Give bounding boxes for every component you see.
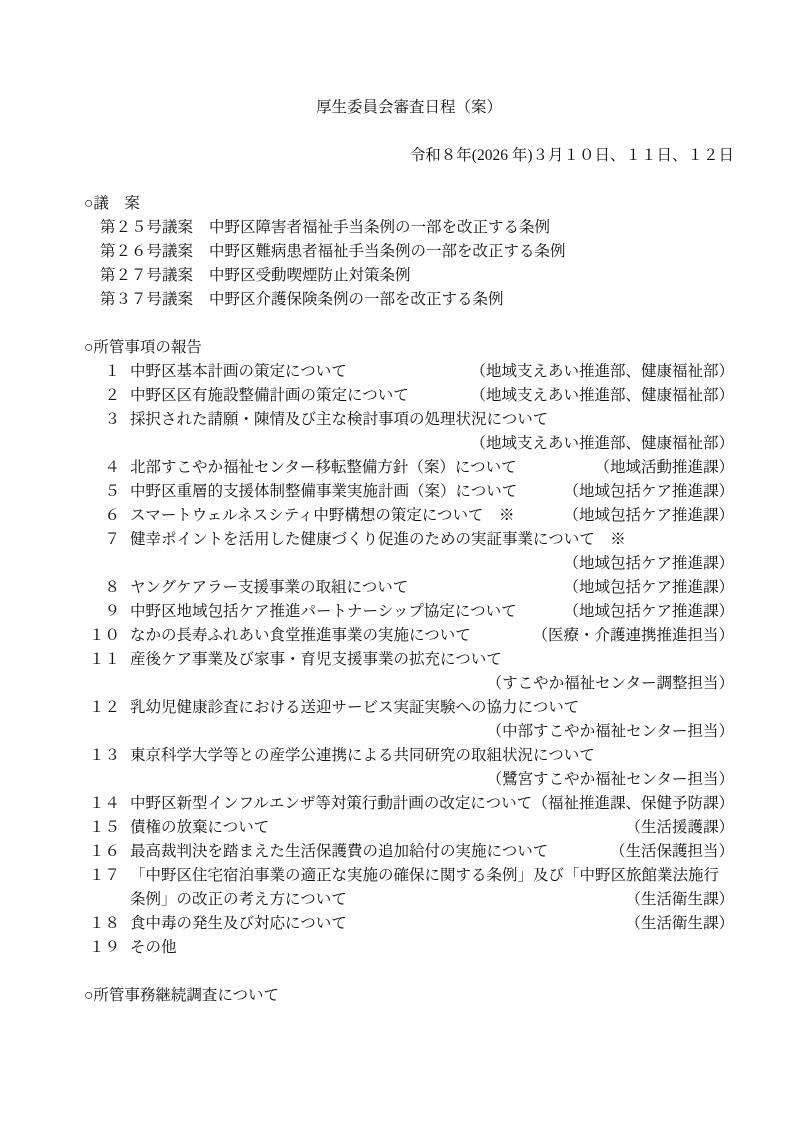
report-item-title: スマートウェルネスシティ中野構想の策定について ※ [130, 504, 515, 528]
bills-list: 第２５号議案中野区障害者福祉手当条例の一部を改正する条例第２６号議案中野区難病患… [84, 216, 734, 312]
report-item-number: ６ [84, 504, 120, 528]
report-department-line: （鷺宮すこやか福祉センター担当） [84, 768, 734, 792]
report-item-title: 中野区区有施設整備計画の策定について [130, 384, 409, 408]
report-item-number: １３ [84, 744, 120, 768]
bill-number: 第２７号議案 [100, 264, 193, 288]
bill-number: 第３７号議案 [100, 288, 193, 312]
report-item-title: 北部すこやか福祉センター移転整備方針（案）について [130, 456, 517, 480]
committee-agenda-document: 厚生委員会審査日程（案） 令和８年(2026 年)３月１０日、１１日、１２日 ○… [0, 0, 794, 1123]
report-item-title: ヤングケアラー支援事業の取組について [130, 576, 408, 600]
report-item-number: １１ [84, 648, 120, 672]
report-item-title: 中野区基本計画の策定について [130, 360, 347, 384]
report-item-department: （生活衛生課） [625, 888, 734, 912]
report-item: １９その他 [84, 936, 734, 960]
report-item: １５債権の放棄について（生活援護課） [84, 816, 734, 840]
report-item: ８ヤングケアラー支援事業の取組について（地域包括ケア推進課） [84, 576, 734, 600]
report-item-title: なかの長寿ふれあい食堂推進事業の実施について [130, 624, 471, 648]
report-item-number: ４ [84, 456, 120, 480]
report-item-title: 採択された請願・陳情及び主な検討事項の処理状況について [130, 408, 548, 432]
report-item-title: 東京科学大学等との産学公連携による共同研究の取組状況について [130, 744, 595, 768]
report-item-title: 産後ケア事業及び家事・育児支援事業の拡充について [130, 648, 502, 672]
report-item: ７健幸ポイントを活用した健康づくり促進のための実証事業について ※ [84, 528, 734, 552]
bill-item: 第２６号議案中野区難病患者福祉手当条例の一部を改正する条例 [84, 240, 734, 264]
report-department-line: （中部すこやか福祉センター担当） [84, 720, 734, 744]
report-item-department: （生活援護課） [625, 816, 734, 840]
report-item: ４北部すこやか福祉センター移転整備方針（案）について（地域活動推進課） [84, 456, 734, 480]
report-item-number: １４ [84, 792, 120, 816]
report-item: １３東京科学大学等との産学公連携による共同研究の取組状況について [84, 744, 734, 768]
report-item-title: 乳幼児健康診査における送迎サービス実証実験への協力について [130, 696, 579, 720]
document-date: 令和８年(2026 年)３月１０日、１１日、１２日 [84, 144, 734, 168]
reports-section-heading: ○所管事項の報告 [84, 336, 734, 360]
report-item-department: （生活衛生課） [625, 912, 734, 936]
bill-number: 第２６号議案 [100, 240, 193, 264]
report-item: １６最高裁判決を踏まえた生活保護費の追加給付の実施について（生活保護担当） [84, 840, 734, 864]
bill-item: 第３７号議案中野区介護保険条例の一部を改正する条例 [84, 288, 734, 312]
report-item-continuation: 条例」の改正の考え方について（生活衛生課） [84, 888, 734, 912]
report-item-number: １８ [84, 912, 120, 936]
report-item-department: （地域支えあい推進部、健康福祉部） [470, 384, 734, 408]
report-item: ９中野区地域包括ケア推進パートナーシップ協定について（地域包括ケア推進課） [84, 600, 734, 624]
report-item-number: ２ [84, 384, 120, 408]
report-item-department: （地域包括ケア推進課） [563, 504, 734, 528]
report-department-line: （地域支えあい推進部、健康福祉部） [84, 432, 734, 456]
report-item-number: １ [84, 360, 120, 384]
report-item-department: （地域活動推進課） [594, 456, 734, 480]
report-item-title: その他 [130, 936, 177, 960]
report-item-number: ３ [84, 408, 120, 432]
bill-item: 第２５号議案中野区障害者福祉手当条例の一部を改正する条例 [84, 216, 734, 240]
bills-section-heading: ○議 案 [84, 192, 734, 216]
report-item: １４中野区新型インフルエンザ等対策行動計画の改定について（福祉推進課、保健予防課… [84, 792, 734, 816]
bill-title: 中野区難病患者福祉手当条例の一部を改正する条例 [209, 240, 566, 264]
report-item-number: ８ [84, 576, 120, 600]
report-item-number: １６ [84, 840, 120, 864]
report-item-department: （地域支えあい推進部、健康福祉部） [470, 360, 734, 384]
report-item: １２乳幼児健康診査における送迎サービス実証実験への協力について [84, 696, 734, 720]
report-item: ３採択された請願・陳情及び主な検討事項の処理状況について [84, 408, 734, 432]
bill-title: 中野区障害者福祉手当条例の一部を改正する条例 [209, 216, 550, 240]
report-item-title: 債権の放棄について [130, 816, 269, 840]
report-item-title: 食中毒の発生及び対応について [130, 912, 347, 936]
report-item-number: ７ [84, 528, 120, 552]
bill-title: 中野区介護保険条例の一部を改正する条例 [209, 288, 504, 312]
report-item-department: （すこやか福祉センター調整担当） [487, 672, 734, 696]
report-item-number: ５ [84, 480, 120, 504]
report-item-number: １２ [84, 696, 120, 720]
report-item: １７「中野区住宅宿泊事業の適正な実施の確保に関する条例」及び「中野区旅館業法施行 [84, 864, 734, 888]
report-item-title: 中野区新型インフルエンザ等対策行動計画の改定について [130, 792, 532, 816]
report-item-title: 健幸ポイントを活用した健康づくり促進のための実証事業について ※ [130, 528, 626, 552]
bill-item: 第２７号議案中野区受動喫煙防止対策条例 [84, 264, 734, 288]
report-item-department: （医療・介護連携推進担当） [532, 624, 734, 648]
report-item: １１産後ケア事業及び家事・育児支援事業の拡充について [84, 648, 734, 672]
continuing-survey-heading: ○所管事務継続調査について [84, 984, 734, 1008]
report-item-department: （地域支えあい推進部、健康福祉部） [470, 432, 734, 456]
report-item-number: １０ [84, 624, 120, 648]
report-item-department: （中部すこやか福祉センター担当） [487, 720, 734, 744]
report-item: ６スマートウェルネスシティ中野構想の策定について ※（地域包括ケア推進課） [84, 504, 734, 528]
report-item-department: （地域包括ケア推進課） [563, 552, 734, 576]
report-item-title: 中野区地域包括ケア推進パートナーシップ協定について [130, 600, 517, 624]
report-item: １０なかの長寿ふれあい食堂推進事業の実施について（医療・介護連携推進担当） [84, 624, 734, 648]
report-item-department: （地域包括ケア推進課） [563, 600, 734, 624]
report-item-number: １７ [84, 864, 120, 888]
report-item: １８食中毒の発生及び対応について（生活衛生課） [84, 912, 734, 936]
report-item-department: （福祉推進課、保健予防課） [532, 792, 734, 816]
report-department-line: （地域包括ケア推進課） [84, 552, 734, 576]
report-item: ５中野区重層的支援体制整備事業実施計画（案）について（地域包括ケア推進課） [84, 480, 734, 504]
report-item-department: （地域包括ケア推進課） [563, 576, 734, 600]
document-title: 厚生委員会審査日程（案） [84, 96, 734, 120]
report-item-title: 「中野区住宅宿泊事業の適正な実施の確保に関する条例」及び「中野区旅館業法施行 [130, 864, 719, 888]
bill-number: 第２５号議案 [100, 216, 193, 240]
report-item-number: １５ [84, 816, 120, 840]
report-item-title: 中野区重層的支援体制整備事業実施計画（案）について [130, 480, 517, 504]
report-item-title: 最高裁判決を踏まえた生活保護費の追加給付の実施について [130, 840, 548, 864]
bill-title: 中野区受動喫煙防止対策条例 [209, 264, 411, 288]
reports-list: １中野区基本計画の策定について（地域支えあい推進部、健康福祉部）２中野区区有施設… [84, 360, 734, 960]
report-department-line: （すこやか福祉センター調整担当） [84, 672, 734, 696]
report-item-department: （鷺宮すこやか福祉センター担当） [487, 768, 734, 792]
report-item-department: （生活保護担当） [610, 840, 734, 864]
report-item: ２中野区区有施設整備計画の策定について（地域支えあい推進部、健康福祉部） [84, 384, 734, 408]
report-item-number: ９ [84, 600, 120, 624]
report-item-department: （地域包括ケア推進課） [563, 480, 734, 504]
report-item-number: １９ [84, 936, 120, 960]
report-item-title-continued: 条例」の改正の考え方について [130, 888, 347, 912]
report-item: １中野区基本計画の策定について（地域支えあい推進部、健康福祉部） [84, 360, 734, 384]
